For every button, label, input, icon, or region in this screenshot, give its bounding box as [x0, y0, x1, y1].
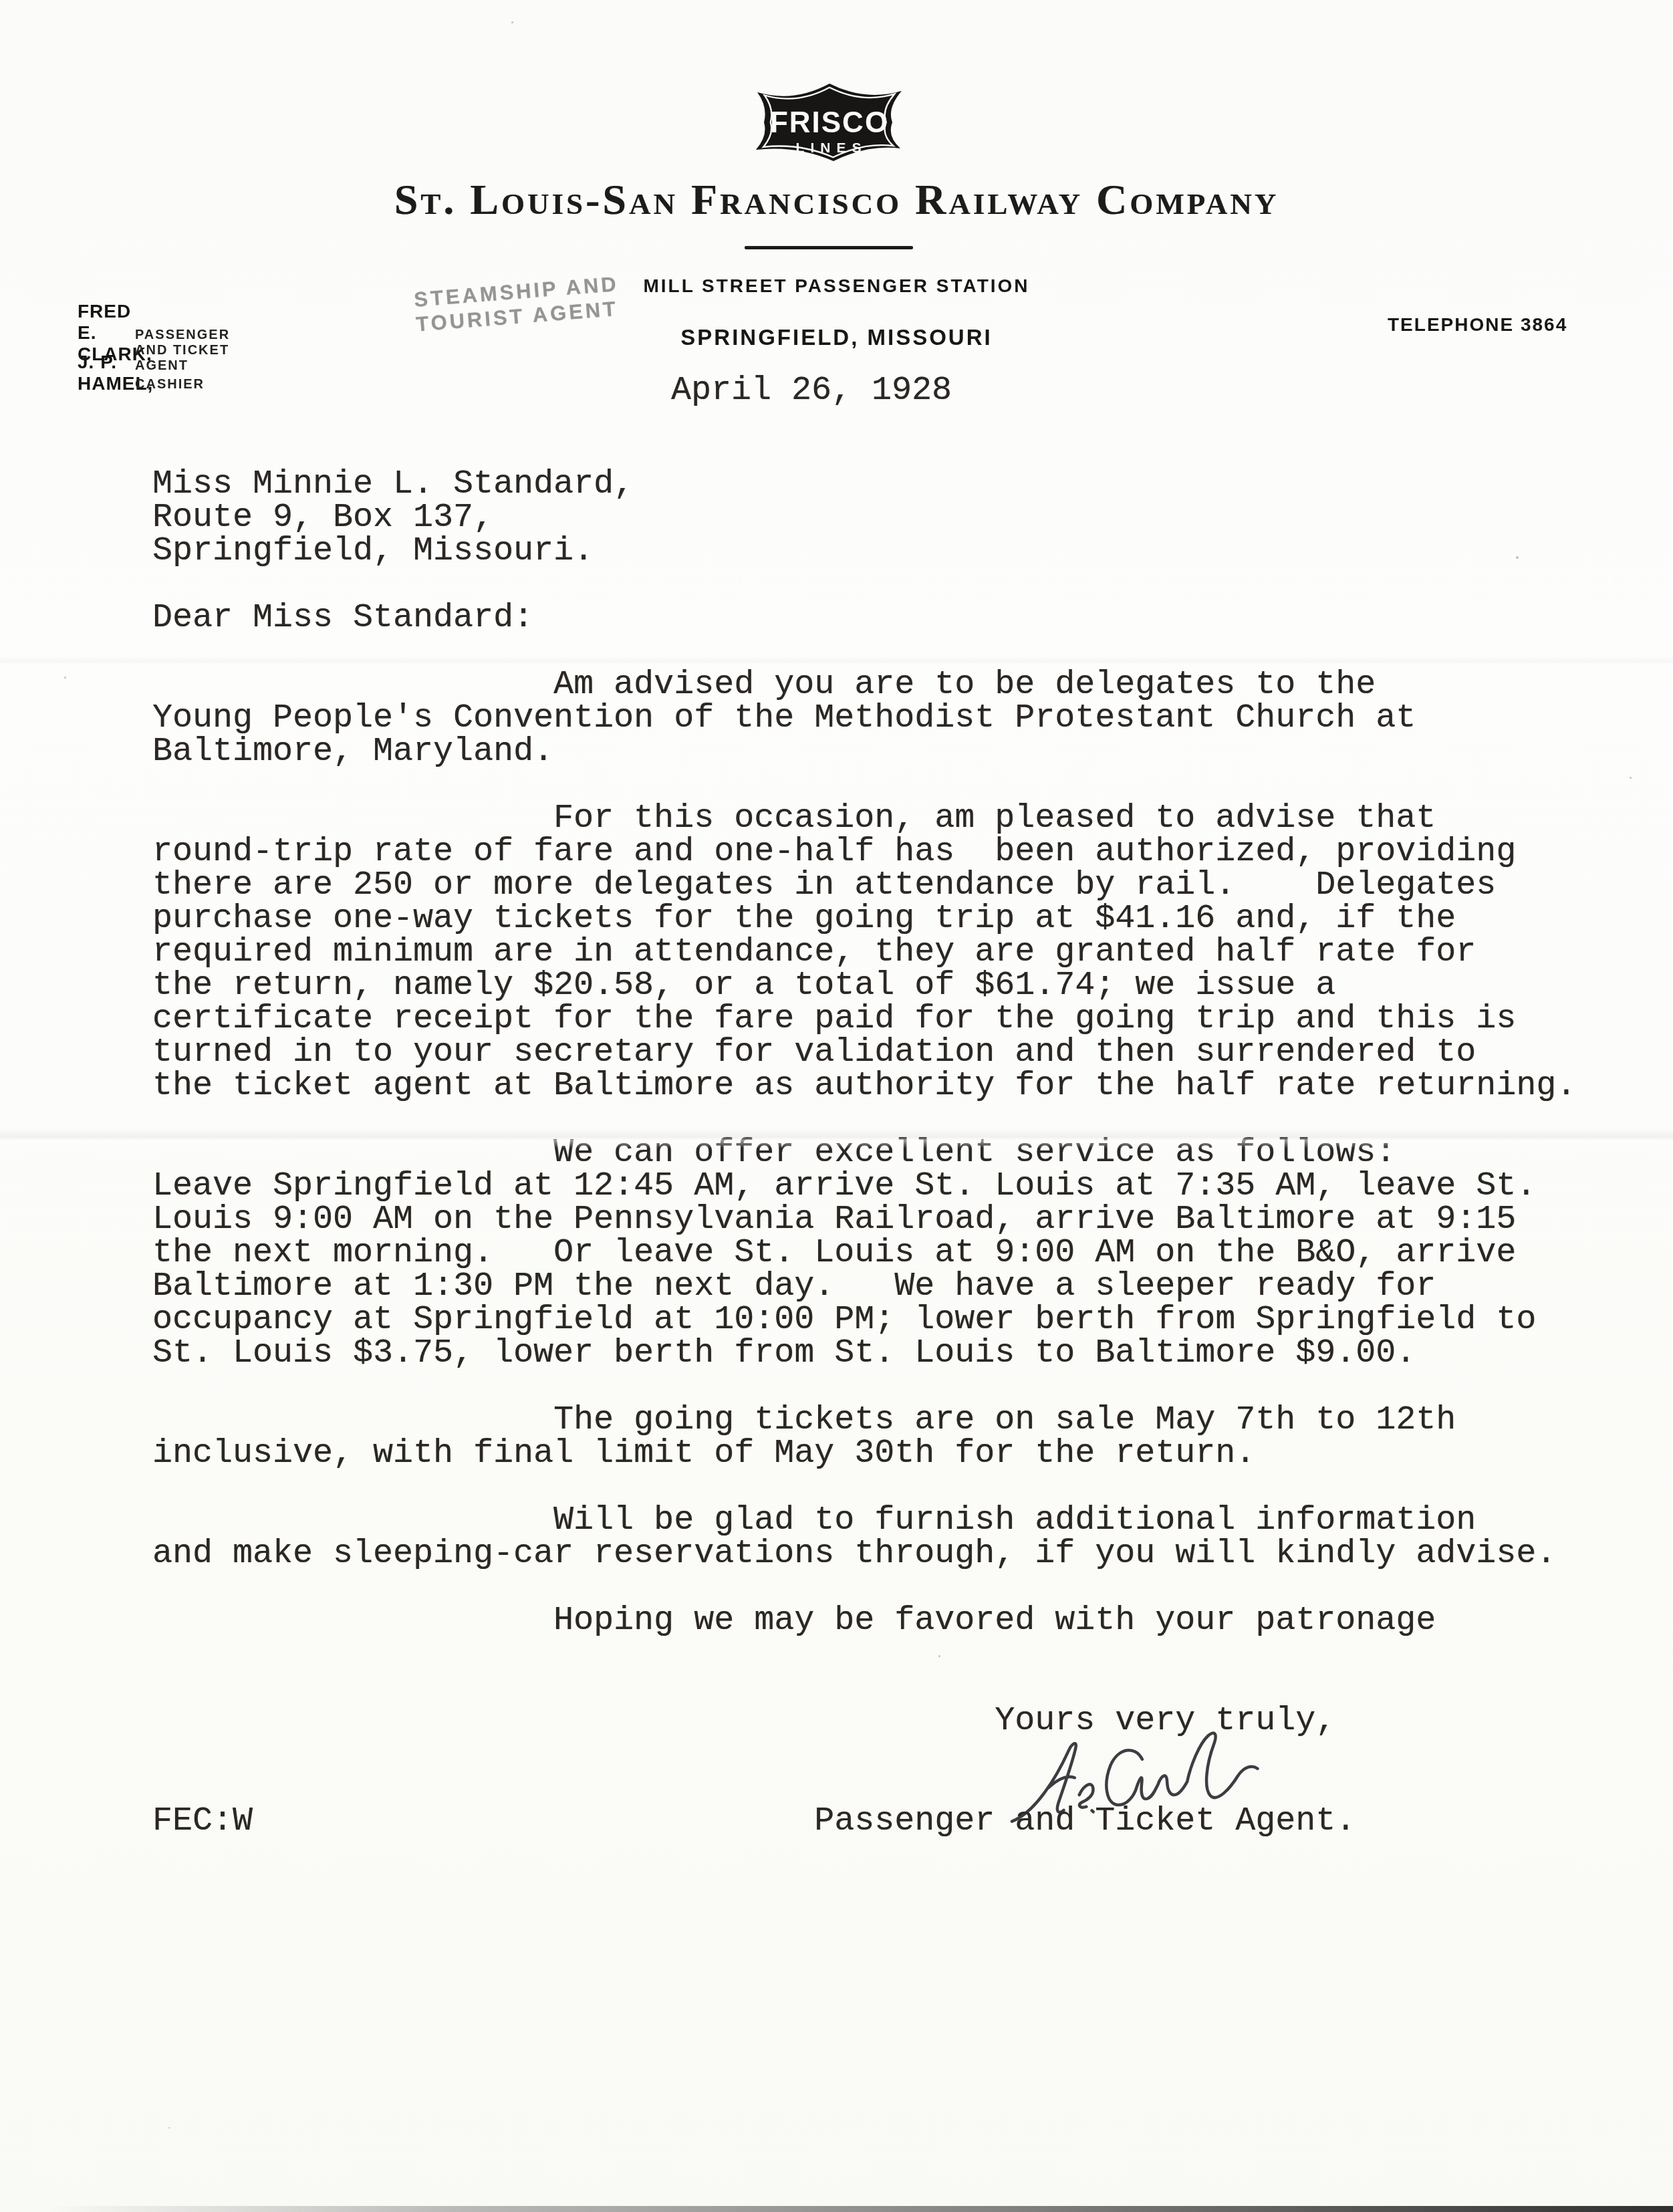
letter-line: Route 9, Box 137,	[152, 501, 1576, 535]
signature-handwriting	[1002, 1724, 1273, 1837]
signature-stroke	[1009, 1731, 1259, 1821]
scan-speck	[64, 677, 66, 679]
station-name: MILL STREET PASSENGER STATION	[0, 275, 1673, 297]
telephone-number: TELEPHONE 3864	[1388, 314, 1567, 336]
letter-line: Miss Minnie L. Standard,	[152, 468, 1576, 501]
letter-line	[152, 1370, 1576, 1404]
letter-line: purchase one-way tickets for the going t…	[152, 902, 1576, 936]
letter-line: The going tickets are on sale May 7th to…	[152, 1404, 1576, 1437]
letter-line: St. Louis $3.75, lower berth from St. Lo…	[152, 1337, 1576, 1370]
letter-line: turned in to your secretary for validati…	[152, 1036, 1576, 1070]
title-divider-rule	[745, 246, 913, 249]
letter-line: Baltimore, Maryland.	[152, 735, 1576, 769]
letter-line: certificate receipt for the fare paid fo…	[152, 1003, 1576, 1036]
logo-primary-text: FRISCO	[770, 106, 889, 139]
scanner-edge-shadow	[47, 2206, 1673, 2212]
letter-line	[152, 1738, 1576, 1771]
letter-line	[152, 1103, 1576, 1136]
letter-line	[152, 1671, 1576, 1705]
letter-line: We can offer excellent service as follow…	[152, 1136, 1576, 1170]
letter-line	[152, 769, 1576, 802]
letter-line: Hoping we may be favored with your patro…	[152, 1604, 1576, 1638]
letter-line: Dear Miss Standard:	[152, 602, 1576, 635]
letter-line: there are 250 or more delegates in atten…	[152, 869, 1576, 902]
letter-line: inclusive, with final limit of May 30th …	[152, 1437, 1576, 1471]
letter-line: For this occasion, am pleased to advise …	[152, 802, 1576, 836]
letter-line: Will be glad to furnish additional infor…	[152, 1504, 1576, 1538]
letter-line: required minimum are in attendance, they…	[152, 936, 1576, 969]
letter-line: occupancy at Springfield at 10:00 PM; lo…	[152, 1304, 1576, 1337]
company-name: St. Louis-San Francisco Railway Company	[0, 175, 1673, 225]
letter-line	[152, 635, 1576, 668]
letter-line: round-trip rate of fare and one-half has…	[152, 836, 1576, 869]
frisco-lines-logo-icon: FRISCO LINES	[754, 82, 905, 163]
letter-line: the ticket agent at Baltimore as authori…	[152, 1070, 1576, 1103]
logo-secondary-text: LINES	[796, 140, 868, 156]
letter-line: the return, namely $20.58, or a total of…	[152, 969, 1576, 1003]
letter-line	[152, 568, 1576, 602]
letter-line: Leave Springfield at 12:45 AM, arrive St…	[152, 1170, 1576, 1203]
letter-line: the next morning. Or leave St. Louis at …	[152, 1237, 1576, 1270]
letter-line: Springfield, Missouri.	[152, 535, 1576, 568]
scan-speck	[1630, 777, 1632, 779]
letter-line: FEC:W Passenger and Ticket Agent.	[152, 1805, 1576, 1838]
letter-line	[152, 1771, 1576, 1805]
agent-title-cashier: CASHIER	[135, 377, 205, 392]
letter-line: Am advised you are to be delegates to th…	[152, 668, 1576, 702]
letter-body: Miss Minnie L. Standard,Route 9, Box 137…	[152, 468, 1576, 1838]
letter-line	[152, 1471, 1576, 1504]
letter-line: and make sleeping-car reservations throu…	[152, 1538, 1576, 1571]
letter-line	[152, 1638, 1576, 1671]
letter-line: Yours very truly,	[152, 1705, 1576, 1738]
scan-speck	[511, 21, 513, 23]
letter-line	[152, 1571, 1576, 1604]
letter-page: FRISCO LINES St. Louis-San Francisco Rai…	[0, 0, 1673, 2212]
letter-line: Young People's Convention of the Methodi…	[152, 702, 1576, 735]
letter-line: Baltimore at 1:30 PM the next day. We ha…	[152, 1270, 1576, 1304]
scan-speck	[168, 2127, 170, 2128]
letter-line: Louis 9:00 AM on the Pennsylvania Railro…	[152, 1203, 1576, 1237]
letter-date: April 26, 1928	[671, 374, 952, 408]
